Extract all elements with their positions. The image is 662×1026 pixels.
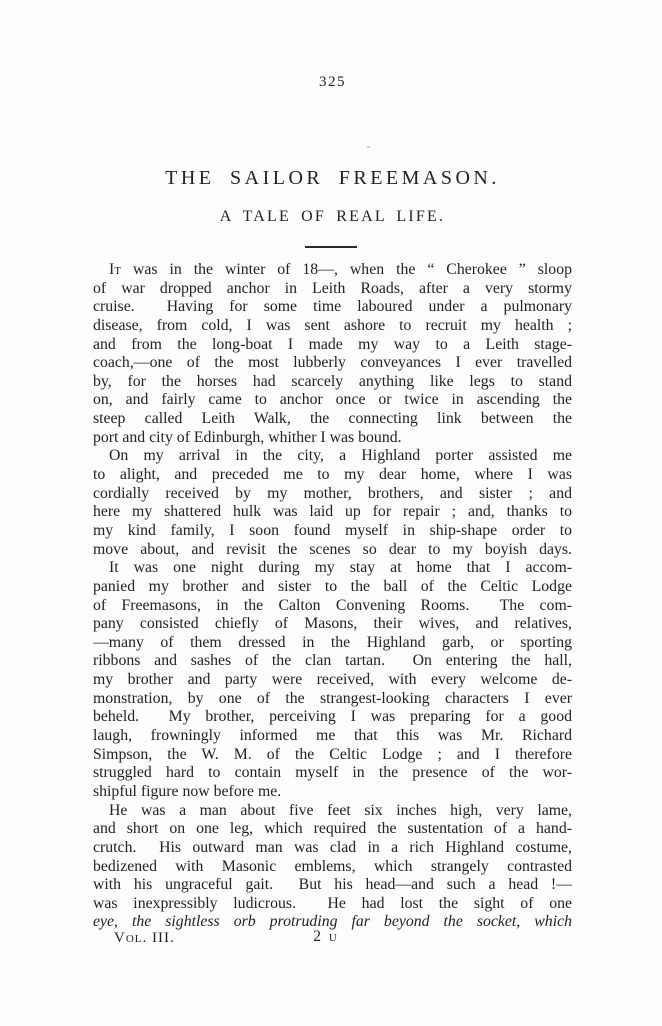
text-line: crutch. His outward man was clad in a ri… [93,839,572,858]
article-title: THE SAILOR FREEMASON. [43,167,622,190]
text-line: and short on one leg, which required the… [93,820,572,839]
footer-signature: 2 u [93,928,559,946]
text-line: It was in the winter of 18—, when the “ … [93,261,572,280]
text-line: on, and fairly came to anchor once or tw… [93,391,572,410]
text-line: port and city of Edinburgh, whither I wa… [93,429,572,448]
text-line: panied my brother and sister to the ball… [93,578,572,597]
text-line: coach,—one of the most lubberly conveyan… [93,354,572,373]
text-line: steep called Leith Walk, the connecting … [93,410,572,429]
text-line: monstration, by one of the strangest-loo… [93,690,572,709]
text-line: He was a man about five feet six inches … [93,802,572,821]
text-line: cruise. Having for some time laboured un… [93,298,572,317]
text-line: On my arrival in the city, a Highland po… [93,447,572,466]
text-line: struggled hard to contain myself in the … [93,764,572,783]
book-page: 325 THE SAILOR FREEMASON. A TALE OF REAL… [0,0,662,1026]
text-line: cordially received by my mother, brother… [93,485,572,504]
text-line: of war dropped anchor in Leith Roads, af… [93,280,572,299]
text-line: —many of them dressed in the Highland ga… [93,634,572,653]
text-line: Simpson, the W. M. of the Celtic Lodge ;… [93,746,572,765]
text-line: pany consisted chiefly of Masons, their … [93,615,572,634]
text-line: my kind family, I soon found myself in s… [93,522,572,541]
page-number: 325 [93,74,572,91]
text-line: here my shattered hulk was laid up for r… [93,503,572,522]
text-line: beheld. My brother, perceiving I was pre… [93,708,572,727]
text-line: shipful figure now before me. [93,783,572,802]
text-line: move about, and revisit the scenes so de… [93,541,572,560]
text-line: bedizened with Masonic emblems, which st… [93,858,572,877]
text-block: It was in the winter of 18—, when the “ … [93,261,572,932]
article-subtitle: A TALE OF REAL LIFE. [93,208,572,226]
text-line: my brother and party were received, with… [93,671,572,690]
text-line: laugh, frowningly informed me that this … [93,727,572,746]
text-line: disease, from cold, I was sent ashore to… [93,317,572,336]
text-line: with his ungraceful gait. But his head—a… [93,876,572,895]
title-divider [305,246,357,248]
text-line: of Freemasons, in the Calton Convening R… [93,597,572,616]
text-line: by, for the horses had scarcely anything… [93,373,572,392]
text-line: was inexpressibly ludicrous. He had lost… [93,895,572,914]
text-line: to alight, and preceded me to my dear ho… [93,466,572,485]
text-line: ribbons and sashes of the clan tartan. O… [93,652,572,671]
text-line: and from the long-boat I made my way to … [93,336,572,355]
text-line: It was one night during my stay at home … [93,559,572,578]
scan-artifact-dot [367,146,370,148]
smallcaps-lead-word: It [109,261,121,278]
